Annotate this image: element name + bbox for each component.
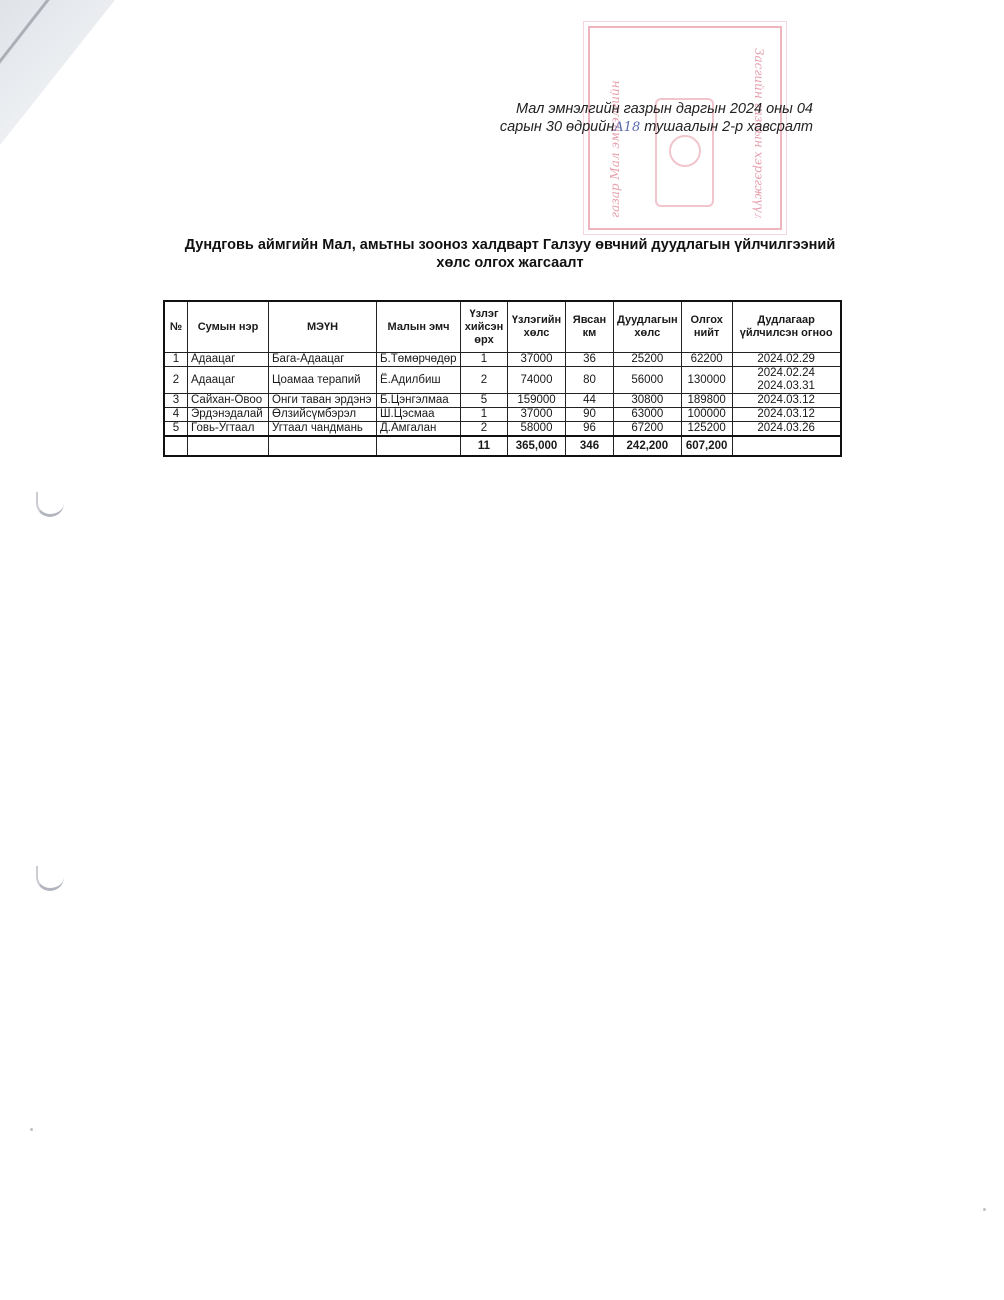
annex-line-2: сарын 30 өдрийнA18 тушаалын 2-р хавсралт [470,118,813,137]
table-row: 2АдаацагЦоамаа терапийЁ.Адилбиш274000805… [164,367,841,394]
col-header-unit: МЭҮН [269,301,377,353]
cell-exam-fee: 58000 [508,422,566,437]
table-row: 5Говь-УгтаалУгтаал чандманьД.Амгалан2580… [164,422,841,437]
punch-hole-mark [36,492,64,517]
cell-km: 44 [566,394,614,408]
cell-call-fee: 56000 [614,367,682,394]
payment-table: № Сумын нэр МЭҮН Малын эмч Үзлэг хийсэн … [163,300,842,457]
cell-unit: Өлзийсүмбэрэл [269,408,377,422]
cell-no: 1 [164,353,188,367]
cell-km: 36 [566,353,614,367]
cell-service-dates: 2024.02.29 [732,353,841,367]
cell-households: 5 [461,394,508,408]
col-header-dates: Дудлагаар үйлчилсэн огноо [732,301,841,353]
cell-no: 4 [164,408,188,422]
service-date: 2024.02.24 [736,367,837,380]
cell-total: 189800 [681,394,732,408]
total-cell-empty [269,436,377,456]
cell-households: 2 [461,422,508,437]
cell-call-fee: 30800 [614,394,682,408]
cell-vet: Ш.Цэсмаа [377,408,461,422]
cell-vet: Б.Цэнгэлмаа [377,394,461,408]
cell-no: 5 [164,422,188,437]
cell-call-fee: 25200 [614,353,682,367]
scan-speck [30,1128,33,1131]
col-header-call-fee: Дуудлагын хөлс [614,301,682,353]
cell-no: 2 [164,367,188,394]
total-call-fee: 242,200 [614,436,682,456]
cell-total: 130000 [681,367,732,394]
cell-service-dates: 2024.03.12 [732,394,841,408]
total-cell-empty [377,436,461,456]
cell-households: 1 [461,353,508,367]
cell-exam-fee: 37000 [508,408,566,422]
cell-service-dates: 2024.03.12 [732,408,841,422]
annex-reference: Мал эмнэлгийн газрын даргын 2024 оны 04 … [470,100,813,137]
cell-service-dates: 2024.03.26 [732,422,841,437]
cell-exam-fee: 74000 [508,367,566,394]
cell-households: 2 [461,367,508,394]
service-date: 2024.02.29 [736,353,837,366]
col-header-exam-fee: Үзлэгийн хөлс [508,301,566,353]
cell-households: 1 [461,408,508,422]
handwritten-order-number: A18 [614,120,640,135]
cell-km: 80 [566,367,614,394]
service-date: 2024.03.26 [736,422,837,435]
col-header-households: Үзлэг хийсэн өрх [461,301,508,353]
total-exam-fee: 365,000 [508,436,566,456]
cell-unit: Бага-Адаацаг [269,353,377,367]
table-total-row: 11 365,000 346 242,200 607,200 [164,436,841,456]
total-cell-empty [164,436,188,456]
table-row: 4ЭрдэнэдалайӨлзийсүмбэрэлШ.Цэсмаа1370009… [164,408,841,422]
col-header-no: № [164,301,188,353]
total-households: 11 [461,436,508,456]
cell-vet: Ё.Адилбиш [377,367,461,394]
cell-vet: Д.Амгалан [377,422,461,437]
annex-line-2-suffix: тушаалын 2-р хавсралт [640,119,813,135]
cell-total: 100000 [681,408,732,422]
scan-speck [983,1208,986,1211]
cell-unit: Угтаал чандмань [269,422,377,437]
col-header-km: Явсан км [566,301,614,353]
cell-soum: Говь-Угтаал [188,422,269,437]
cell-service-dates: 2024.02.242024.03.31 [732,367,841,394]
cell-total: 125200 [681,422,732,437]
cell-km: 90 [566,408,614,422]
cell-exam-fee: 159000 [508,394,566,408]
total-amount: 607,200 [681,436,732,456]
cell-exam-fee: 37000 [508,353,566,367]
document-title: Дундговь аймгийн Мал, амьтны зооноз халд… [170,236,850,272]
cell-soum: Адаацаг [188,367,269,394]
cell-no: 3 [164,394,188,408]
cell-total: 62200 [681,353,732,367]
total-cell-empty [188,436,269,456]
cell-soum: Сайхан-Овоо [188,394,269,408]
annex-line-1: Мал эмнэлгийн газрын даргын 2024 оны 04 [470,100,813,118]
cell-call-fee: 67200 [614,422,682,437]
table-row: 1АдаацагБага-АдаацагБ.Төмөрчөдөр13700036… [164,353,841,367]
scan-folded-corner [0,0,115,145]
total-cell-empty [732,436,841,456]
cell-unit: Цоамаа терапий [269,367,377,394]
table-row: 3Сайхан-ОвооОнги таван эрдэнэБ.Цэнгэлмаа… [164,394,841,408]
document-title-line-2: хөлс олгох жагсаалт [170,254,850,272]
cell-unit: Онги таван эрдэнэ [269,394,377,408]
punch-hole-mark [36,866,64,891]
document-title-line-1: Дундговь аймгийн Мал, амьтны зооноз халд… [170,236,850,254]
cell-km: 96 [566,422,614,437]
col-header-vet: Малын эмч [377,301,461,353]
annex-line-2-prefix: сарын 30 өдрийн [500,119,614,135]
cell-vet: Б.Төмөрчөдөр [377,353,461,367]
cell-soum: Эрдэнэдалай [188,408,269,422]
total-km: 346 [566,436,614,456]
col-header-total: Олгох нийт [681,301,732,353]
cell-call-fee: 63000 [614,408,682,422]
service-date: 2024.03.31 [736,380,837,393]
service-date: 2024.03.12 [736,408,837,421]
col-header-soum: Сумын нэр [188,301,269,353]
table-header-row: № Сумын нэр МЭҮН Малын эмч Үзлэг хийсэн … [164,301,841,353]
service-date: 2024.03.12 [736,394,837,407]
cell-soum: Адаацаг [188,353,269,367]
